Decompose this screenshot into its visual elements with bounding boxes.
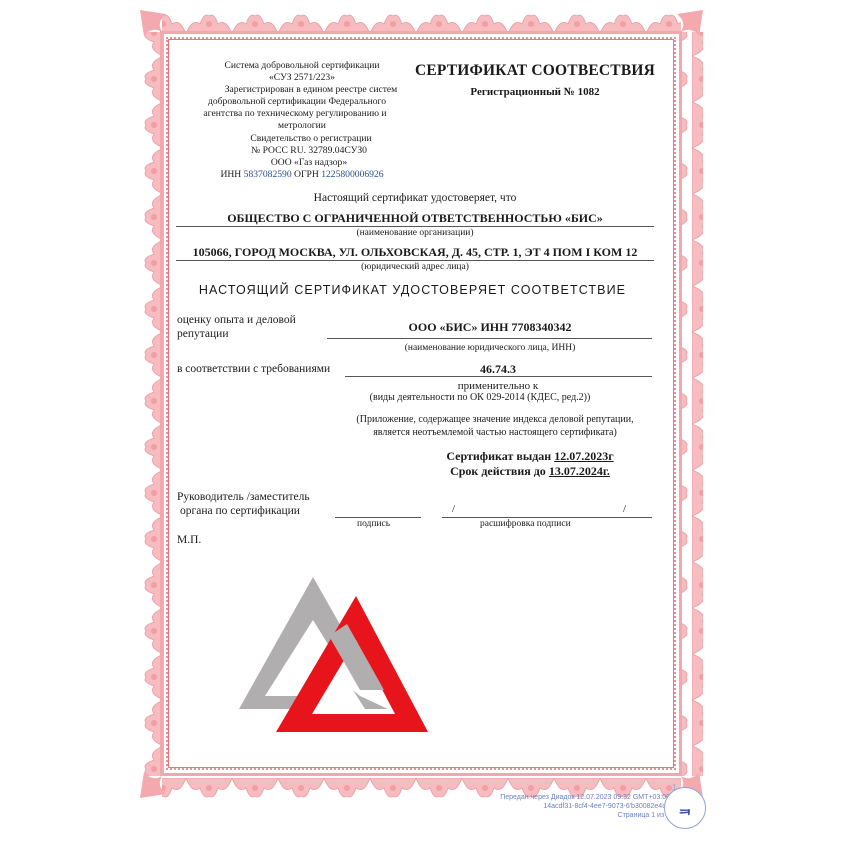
address-caption: (юридический адрес лица) bbox=[215, 262, 615, 272]
issuer-inn-ogrn: ИНН 5837082590 ОГРН 1225800006926 bbox=[198, 169, 406, 181]
seal-placeholder: М.П. bbox=[177, 534, 201, 546]
organization-underline bbox=[176, 226, 654, 227]
certificate-title: СЕРТИФИКАТ СООТВЕСТВИЯ bbox=[410, 62, 660, 80]
diadoc-transfer-stamp: Передан через Диадок 12.07.2023 09:32 GM… bbox=[490, 793, 670, 820]
conformity-heading: НАСТОЯЩИЙ СЕРТИФИКАТ УДОСТОВЕРЯЕТ СООТВЕ… bbox=[175, 283, 650, 297]
appendix-note-line: (Приложение, содержащее значение индекса… bbox=[330, 414, 660, 427]
issued-date: 12.07.2023г bbox=[554, 449, 613, 463]
signature-caption: подпись bbox=[357, 519, 390, 529]
valid-until-date: 13.07.2024г. bbox=[549, 464, 610, 478]
entity-caption: (наименование юридического лица, ИНН) bbox=[330, 343, 650, 353]
inn-value: 5837082590 bbox=[244, 169, 292, 180]
issuer-line: Зарегистрирован в едином реестре систем bbox=[198, 84, 406, 96]
issuer-line: ООО «Газ надзор» bbox=[198, 157, 406, 169]
ogrn-value: 1225800006926 bbox=[321, 169, 383, 180]
issuer-line: добровольной сертификации Федерального bbox=[188, 96, 406, 108]
issuer-line: № РОСС RU. 32789.04СУЗ0 bbox=[198, 145, 406, 157]
okved-caption: (виды деятельности по ОК 029-2014 (КДЕС,… bbox=[330, 392, 630, 403]
signature-line bbox=[335, 517, 421, 518]
transcript-slash-left: / bbox=[452, 503, 455, 515]
issuer-info: Система добровольной сертификации «СУЗ 2… bbox=[198, 60, 406, 181]
head-label-line: органа по сертификации bbox=[177, 505, 347, 519]
issuer-line: Система добровольной сертификации bbox=[198, 60, 406, 72]
triangles-logo-icon bbox=[236, 572, 436, 737]
valid-until-label: Срок действия до bbox=[450, 464, 546, 478]
organization-name: ОБЩЕСТВО С ОГРАНИЧЕННОЙ ОТВЕТСТВЕННОСТЬЮ… bbox=[175, 211, 655, 226]
certifies-that-text: Настоящий сертификат удостоверяет, что bbox=[215, 192, 615, 204]
appendix-note-line: является неотъемлемой частью настоящего … bbox=[330, 427, 660, 440]
inn-label: ИНН bbox=[220, 169, 241, 180]
stamp-page-info: Страница 1 из 3 bbox=[490, 811, 670, 820]
ogrn-label: ОГРН bbox=[294, 169, 319, 180]
diadoc-logo-icon: ᆿ bbox=[664, 787, 706, 829]
registration-number: Регистрационный № 1082 bbox=[410, 86, 660, 98]
issuer-line: Свидетельство о регистрации bbox=[198, 133, 406, 145]
requirements-value: 46.74.3 bbox=[345, 362, 651, 377]
stamp-document-id: 14acdf31-8cf4-4ee7-9073-6'b30082e4d2 bbox=[490, 802, 670, 811]
stamp-transfer-line: Передан через Диадок 12.07.2023 09:32 GM… bbox=[490, 793, 670, 802]
issued-label: Сертификат выдан bbox=[446, 449, 551, 463]
appendix-note: (Приложение, содержащее значение индекса… bbox=[330, 414, 660, 439]
entity-underline bbox=[327, 338, 652, 339]
transcript-slash-right: / bbox=[623, 503, 626, 515]
assessment-label: оценку опыта и деловой репутации bbox=[177, 313, 327, 341]
organization-logo bbox=[236, 572, 436, 737]
transcript-line bbox=[442, 517, 652, 518]
legal-address: 105066, ГОРОД МОСКВА, УЛ. ОЛЬХОВСКАЯ, Д.… bbox=[175, 245, 655, 260]
valid-until-row: Срок действия до 13.07.2024г. bbox=[410, 464, 650, 479]
transcript-caption: расшифровка подписи bbox=[480, 519, 571, 529]
head-label-line: Руководитель /заместитель bbox=[177, 491, 347, 505]
issuer-line: метрологии bbox=[198, 120, 406, 132]
requirements-label: в соответствии с требованиями bbox=[177, 362, 347, 376]
head-of-body-label: Руководитель /заместитель органа по серт… bbox=[177, 491, 347, 518]
applicable-to-text: применительно к bbox=[345, 380, 651, 392]
requirements-underline bbox=[345, 376, 652, 377]
issued-row: Сертификат выдан 12.07.2023г bbox=[410, 449, 650, 464]
organization-caption: (наименование организации) bbox=[215, 228, 615, 238]
issuer-line: агентства по техническому регулированию … bbox=[184, 108, 406, 120]
address-underline bbox=[176, 260, 654, 261]
legal-entity: ООО «БИС» ИНН 7708340342 bbox=[330, 320, 650, 335]
issuer-line: «СУЗ 2571/223» bbox=[198, 72, 406, 84]
validity-block: Сертификат выдан 12.07.2023г Срок действ… bbox=[410, 449, 650, 479]
